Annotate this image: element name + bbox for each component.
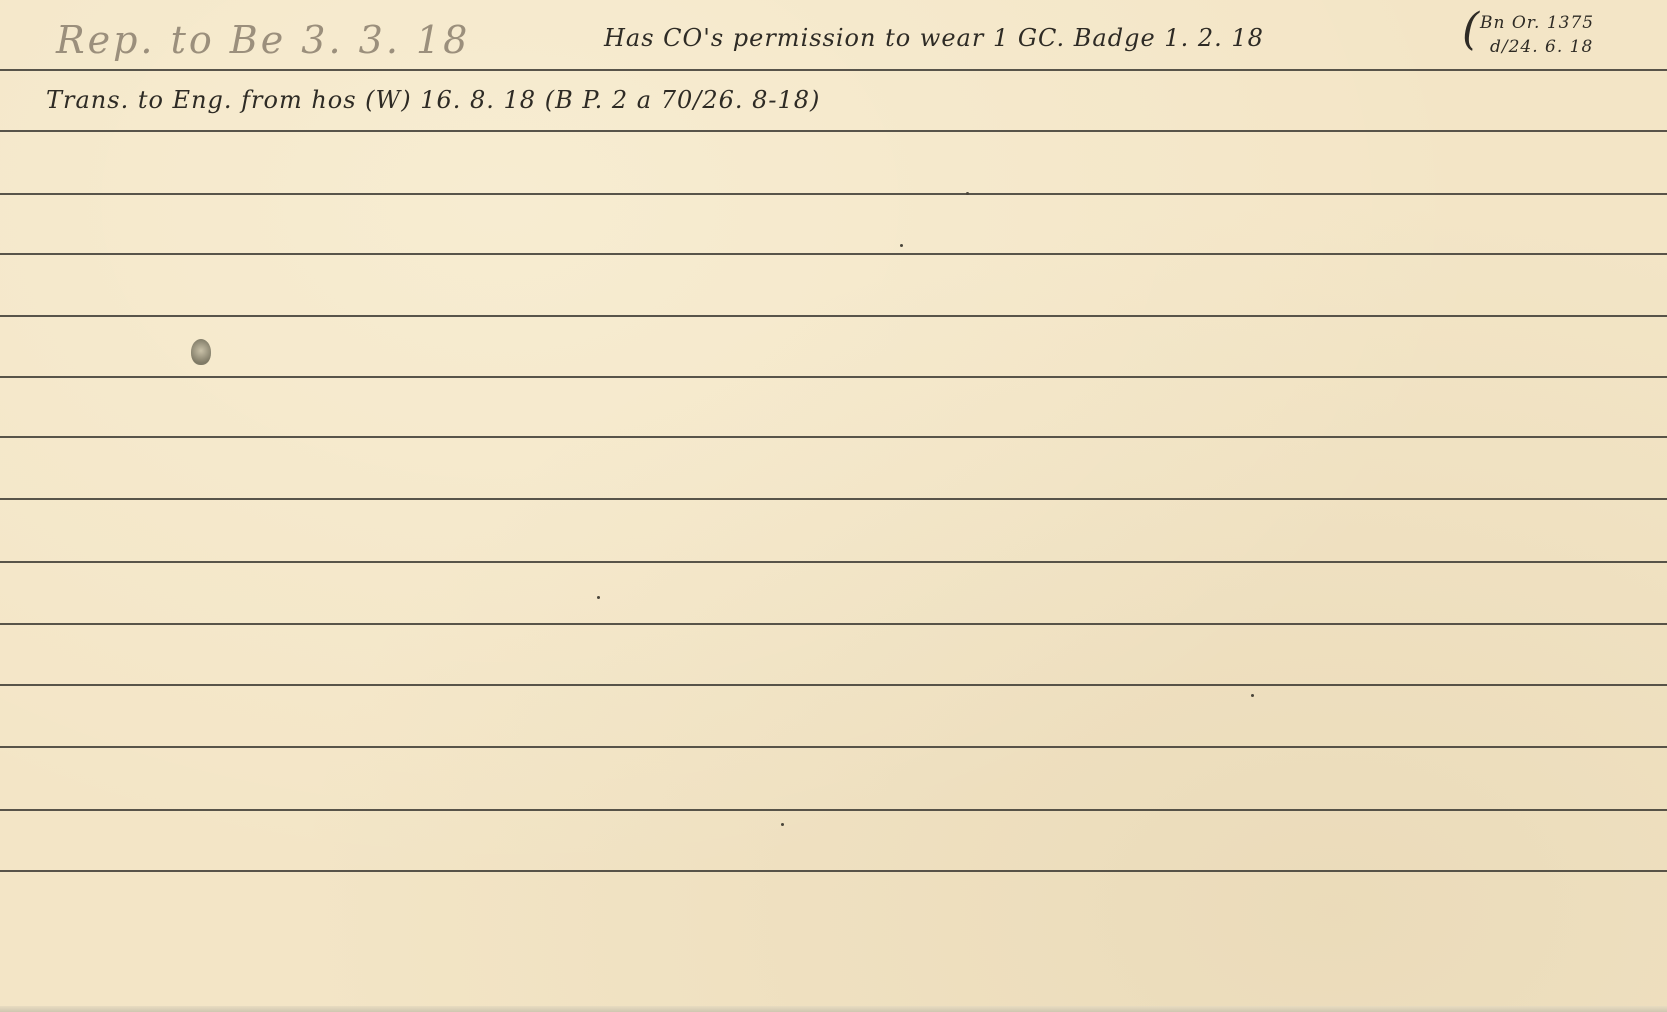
ink-entry-badge-permission: Has CO's permission to wear 1 GC. Badge … [604,24,1264,52]
ruled-line [0,376,1667,378]
ruled-line [0,498,1667,500]
ink-entry-transfer: Trans. to Eng. from hos (W) 16. 8. 18 (B… [46,86,820,114]
bracket-glyph: ( [1462,4,1479,55]
ruled-line [0,315,1667,317]
ruled-line [0,193,1667,195]
ink-note-battalion-order: Bn Or. 1375 [1480,12,1594,34]
record-card: Rep. to Be 3. 3. 18 Has CO's permission … [0,0,1667,1012]
ink-blot [191,339,211,365]
ruled-line [0,870,1667,872]
speck [597,596,600,599]
card-edge [0,1006,1667,1012]
speck [781,823,784,826]
ruled-line [0,436,1667,438]
pencil-entry-reported: Rep. to Be 3. 3. 18 [56,18,470,62]
ruled-line [0,809,1667,811]
ruled-line [0,746,1667,748]
ink-note-date: d/24. 6. 18 [1490,36,1593,58]
ruled-line [0,684,1667,686]
ruled-line [0,623,1667,625]
ruled-line [0,253,1667,255]
ruled-line [0,561,1667,563]
ruled-line [0,69,1667,71]
ruled-line [0,130,1667,132]
speck [900,244,903,247]
speck [1251,694,1254,697]
speck [966,192,969,195]
